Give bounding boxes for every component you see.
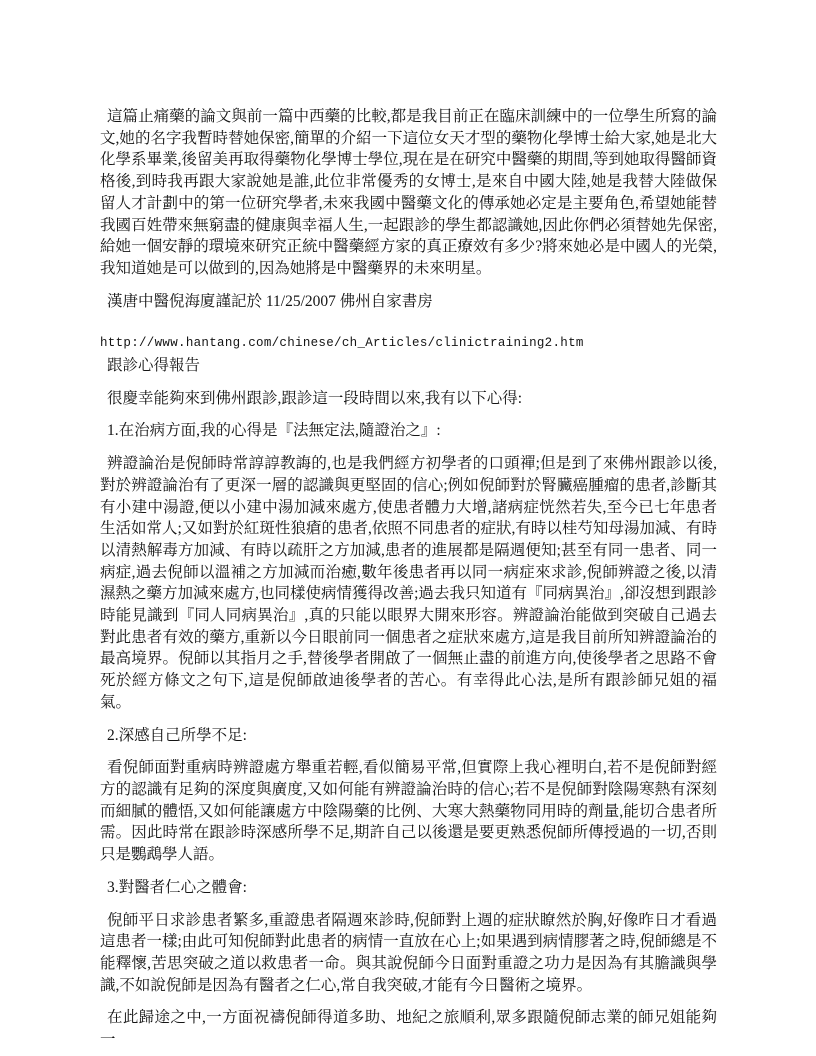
intro-paragraph: 這篇止痛藥的論文與前一篇中西藥的比較,都是我目前正在臨床訓練中的一位學生所寫的論… xyxy=(100,106,717,280)
report-title: 跟診心得報告 xyxy=(100,355,717,377)
section-2-heading: 2.深感自己所學不足: xyxy=(100,725,717,747)
closing-paragraph: 在此歸途之中,一方面祝禱倪師得道多助、地紀之旅順利,眾多跟隨倪師志業的師兄姐能夠… xyxy=(100,1007,717,1050)
document-page: 這篇止痛藥的論文與前一篇中西藥的比較,都是我目前正在臨床訓練中的一位學生所寫的論… xyxy=(0,0,816,1056)
section-3-paragraph: 倪師平日求診患者繁多,重證患者隔週來診時,倪師對上週的症狀瞭然於胸,好像昨日才看… xyxy=(100,910,717,997)
section-2-paragraph: 看倪師面對重病時辨證處方舉重若輕,看似簡易平常,但實際上我心裡明白,若不是倪師對… xyxy=(100,757,717,866)
section-3-heading: 3.對醫者仁心之體會: xyxy=(100,877,717,899)
section-1-heading: 1.在治病方面,我的心得是『法無定法,隨證治之』: xyxy=(100,420,717,442)
opening-line: 很慶幸能夠來到佛州跟診,跟診這一段時間以來,我有以下心得: xyxy=(100,388,717,410)
document-content: 這篇止痛藥的論文與前一篇中西藥的比較,都是我目前正在臨床訓練中的一位學生所寫的論… xyxy=(100,106,717,1051)
signature-line: 漢唐中醫倪海廈謹記於 11/25/2007 佛州自家書房 xyxy=(100,291,717,313)
section-1-paragraph: 辨證論治是倪師時常諄諄教誨的,也是我們經方初學者的口頭禪;但是到了來佛州跟診以後… xyxy=(100,453,717,713)
article-url: http://www.hantang.com/chinese/ch_Articl… xyxy=(100,333,717,355)
